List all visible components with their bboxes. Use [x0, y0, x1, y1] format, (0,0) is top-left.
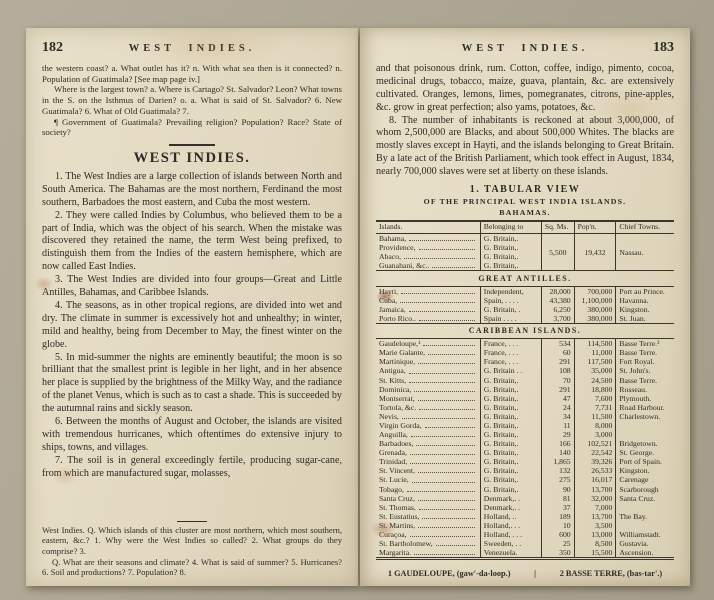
belonging-cell: France, . . . [480, 348, 541, 357]
islands-table: Islands. Belonging to Sq. Ms. Pop'n. Chi… [376, 220, 674, 560]
town-cell: Santa Cruz. [616, 494, 674, 503]
section-header-great-antilles: GREAT ANTILLES. [376, 271, 674, 286]
footnote-area: West Indies. Q. Which islands of this cl… [42, 517, 342, 578]
popn-cell: 1,100,000 [574, 296, 616, 305]
belonging-cell: G. Britain,. [480, 430, 541, 439]
popn-cell: 11,000 [574, 348, 616, 357]
popn-cell: 13,700 [574, 485, 616, 494]
island-name: Montserrat, [379, 394, 415, 403]
belonging-cell: G. Britain,. [480, 403, 541, 412]
sqms-cell: 37 [541, 503, 574, 512]
popn-cell: 8,000 [574, 421, 616, 430]
section-title: WEST INDIES. [42, 150, 342, 167]
belonging-cell: G. Britain,. [480, 385, 541, 394]
page-number: 182 [42, 40, 86, 56]
table-row: Gaudeloupe,¹ France, . . . 534 114,500 B… [376, 339, 674, 349]
belonging-cell: G. Britain . . [480, 366, 541, 375]
island-name: St. Kitts, [379, 376, 406, 385]
table-row: St. Thomas, Denmark,. . 37 7,000 [376, 503, 674, 512]
popn-cell: 114,500 [574, 339, 616, 349]
belonging-cell: G. Britain,. [480, 439, 541, 448]
question-paragraph: Where is the largest town? a. Where is C… [42, 84, 342, 116]
sqms-cell: 11 [541, 421, 574, 430]
island-name: St. Thomas, [379, 503, 416, 512]
town-cell: Rosseau. [616, 385, 674, 394]
book-spread: 182 WEST INDIES. the western coast? a. W… [0, 0, 714, 600]
town-cell [616, 430, 674, 439]
belonging-cell: France, . . . [480, 357, 541, 366]
island-name: Grenada, [379, 448, 407, 457]
table-row: St. Eustatius, Holland, .. 189 13,700 Th… [376, 512, 674, 521]
popn-cell: 7,731 [574, 403, 616, 412]
popn-cell: 380,000 [574, 314, 616, 324]
dot-leader [409, 240, 475, 241]
dot-leader [402, 418, 475, 419]
popn-cell: 380,000 [574, 305, 616, 314]
popn-cell: 102,521 [574, 439, 616, 448]
island-name: Gaudeloupe,¹ [379, 339, 420, 348]
island-name: Curaçoa, [379, 530, 407, 539]
question-paragraph: ¶ Government of Guatimala? Prevailing re… [42, 117, 342, 138]
island-name: St. Martins, [379, 521, 415, 530]
island-name: Anguilla, [379, 430, 408, 439]
belonging-cell: G. Britain, . [480, 305, 541, 314]
page-number: 183 [630, 40, 674, 56]
footnote-paragraph: Q. What are their seasons and climate? 4… [42, 557, 342, 578]
dot-leader [425, 427, 475, 428]
dot-leader [432, 267, 474, 268]
body-paragraph: 2. They were called Indies by Columbus, … [42, 210, 342, 274]
table-row: Barbadoes, G. Britain,. 166 102,521 Brid… [376, 439, 674, 448]
column-header-islands: Islands. [376, 221, 480, 233]
island-name: Tortola, &c. [379, 403, 416, 412]
town-cell: Carenage [616, 475, 674, 484]
body-paragraph: 8. The number of inhabitants is reckoned… [376, 115, 674, 179]
popn-cell: 8,500 [574, 539, 616, 548]
dot-leader [411, 436, 475, 437]
belonging-cell: G. Britain,. [480, 448, 541, 457]
body-paragraph: 4. The seasons, as in other tropical reg… [42, 300, 342, 352]
sqms-cell: 291 [541, 385, 574, 394]
popn-cell: 13,000 [574, 530, 616, 539]
town-cell: Port of Spain. [616, 457, 674, 466]
dot-leader [409, 311, 475, 312]
sqms-cell: 47 [541, 394, 574, 403]
town-cell: Bridgetown. [616, 439, 674, 448]
table-row: Curaçoa, Holland, . . . 600 13,000 Willi… [376, 530, 674, 539]
belonging-cell: Denmark,. . [480, 494, 541, 503]
island-name: Nevis, [379, 412, 399, 421]
great-antilles-section: Hayti, Independent, 28,000 700,000 Port … [376, 286, 674, 323]
belonging-cell: G. Britain,. [480, 475, 541, 484]
dot-leader [401, 293, 475, 294]
body-paragraph: 3. The West Indies are divided into four… [42, 274, 342, 300]
table-row: Virgin Gorda, G. Britain,. 11 8,000 [376, 421, 674, 430]
footnote-divider [177, 521, 207, 522]
body-text: and that poisonous drink, rum. Cotton, c… [376, 63, 674, 179]
dot-leader [407, 491, 475, 492]
page-header: WEST INDIES. 183 [376, 40, 674, 56]
dot-leader [418, 527, 475, 528]
section-divider [169, 144, 215, 146]
table-footnotes: 1 GAUDELOUPE, (gaw'-da-loop.) | 2 BASSE … [376, 565, 674, 578]
table-section-bahamas-label: BAHAMAS. [376, 208, 674, 217]
island-name: St. Lucie, [379, 475, 409, 484]
sqms-cell: 1,865 [541, 457, 574, 466]
belonging-cell: G. Britain,. [480, 412, 541, 421]
dot-leader [414, 554, 475, 555]
belonging-cell: Denmark,. . [480, 503, 541, 512]
popn-cell: 39,326 [574, 457, 616, 466]
running-head: WEST INDIES. [420, 43, 630, 54]
body-text: 1. The West Indies are a large collectio… [42, 171, 342, 480]
town-cell: Plymouth. [616, 394, 674, 403]
sqms-cell: 140 [541, 448, 574, 457]
belonging-cell: Independent, [480, 286, 541, 296]
body-paragraph: 1. The West Indies are a large collectio… [42, 171, 342, 210]
town-cell: Gustavia. [616, 539, 674, 548]
belonging-cell: Spain . . . . [480, 314, 541, 324]
table-title: 1. TABULAR VIEW [376, 184, 674, 195]
town-cell: Charlestown. [616, 412, 674, 421]
dot-leader [419, 409, 475, 410]
dot-leader [412, 482, 475, 483]
table-row: Grenada, G. Britain,. 140 22,542 St. Geo… [376, 448, 674, 457]
belonging-cell: G. Britain,. [480, 485, 541, 494]
dot-leader [409, 373, 475, 374]
island-name: Santa Cruz, [379, 494, 415, 503]
table-row: Martinique, France, . . . 291 117,500 Fo… [376, 357, 674, 366]
running-head: WEST INDIES. [86, 43, 298, 54]
sqms-cell: 28,000 [541, 286, 574, 296]
belonging-cell: G. Britain,. [480, 243, 541, 252]
sqms-cell: 34 [541, 412, 574, 421]
footnote-block: West Indies. Q. Which islands of this cl… [42, 525, 342, 578]
belonging-cell: France, . . . [480, 339, 541, 349]
body-paragraph: 5. In mid-summer the nights are eminentl… [42, 352, 342, 416]
popn-cell: 117,500 [574, 357, 616, 366]
dot-leader [436, 545, 475, 546]
belonging-cell: G. Britain,. [480, 252, 541, 261]
question-block: the western coast? a. What outlet has it… [42, 63, 342, 138]
popn-cell: 7,000 [574, 503, 616, 512]
table-row: St. Kitts, G. Britain,. 70 24,500 Basse … [376, 376, 674, 385]
table-row: Cuba, Spain, . . . . 43,380 1,100,000 Ha… [376, 296, 674, 305]
table-row: Anguilla, G. Britain,. 29 3,000 [376, 430, 674, 439]
question-paragraph: the western coast? a. What outlet has it… [42, 63, 342, 84]
sqms-cell: 108 [541, 366, 574, 375]
sqms-cell: 275 [541, 475, 574, 484]
belonging-cell: Sweeden, . . [480, 539, 541, 548]
town-cell: Basse Terre. [616, 376, 674, 385]
dot-leader [410, 463, 475, 464]
table-row: Nevis, G. Britain,. 34 11,500 Charlestow… [376, 412, 674, 421]
island-name: Porto Rico.. [379, 314, 416, 323]
popn-cell: 13,700 [574, 512, 616, 521]
belonging-cell: G. Britain,. [480, 261, 541, 271]
sqms-cell: 600 [541, 530, 574, 539]
table-row: Hayti, Independent, 28,000 700,000 Port … [376, 286, 674, 296]
town-cell: Havanna. [616, 296, 674, 305]
town-cell: Ascension. [616, 548, 674, 559]
island-name: St. Bartholomew, [379, 539, 433, 548]
dot-leader [414, 391, 475, 392]
footnote-separator: | [534, 569, 536, 578]
belonging-cell: G. Britain,. [480, 376, 541, 385]
popn-cell: 26,533 [574, 466, 616, 475]
table-header-row: Islands. Belonging to Sq. Ms. Pop'n. Chi… [376, 221, 674, 233]
town-cell: St. George. [616, 448, 674, 457]
popn-cell: 3,500 [574, 521, 616, 530]
body-paragraph: 6. Between the months of August and Octo… [42, 416, 342, 455]
island-name: Abaco, [379, 252, 401, 261]
popn-cell: 22,542 [574, 448, 616, 457]
sqms-cell: 90 [541, 485, 574, 494]
island-name: Providence, [379, 243, 416, 252]
island-name: St. Eustatius, [379, 512, 419, 521]
town-cell: Fort Royal. [616, 357, 674, 366]
belonging-cell: G. Britain,. [480, 233, 541, 243]
town-cell: Basse Terre.² [616, 339, 674, 349]
sqms-cell: 5,500 [541, 233, 574, 270]
section-header-caribbean-islands: CARIBBEAN ISLANDS. [376, 323, 674, 338]
sqms-cell: 43,380 [541, 296, 574, 305]
dot-leader [419, 249, 475, 250]
table-row: St. Bartholomew, Sweeden, . . 25 8,500 G… [376, 539, 674, 548]
dot-leader [419, 509, 475, 510]
sqms-cell: 70 [541, 376, 574, 385]
sqms-cell: 189 [541, 512, 574, 521]
island-name: Tobago, [379, 485, 404, 494]
dot-leader [418, 500, 475, 501]
dot-leader [418, 472, 475, 473]
popn-cell: 35,000 [574, 366, 616, 375]
town-cell: Nassau. [616, 233, 674, 270]
popn-cell: 18,800 [574, 385, 616, 394]
table-subtitle: OF THE PRINCIPAL WEST INDIA ISLANDS. [376, 197, 674, 206]
sqms-cell: 60 [541, 348, 574, 357]
page-183: WEST INDIES. 183 and that poisonous drin… [360, 28, 690, 586]
table-row: Montserrat, G. Britain,. 47 7,600 Plymou… [376, 394, 674, 403]
table-row: St. Vincent, G. Britain,. 132 26,533 Kin… [376, 466, 674, 475]
town-cell: Kingston. [616, 466, 674, 475]
table-row: Tobago, G. Britain,. 90 13,700 Scarborou… [376, 485, 674, 494]
sqms-cell: 350 [541, 548, 574, 559]
table-row: Porto Rico.. Spain . . . . 3,700 380,000… [376, 314, 674, 324]
island-name: Guanahani, &c.. [379, 261, 429, 270]
sqms-cell: 534 [541, 339, 574, 349]
sqms-cell: 81 [541, 494, 574, 503]
dot-leader [410, 454, 475, 455]
sqms-cell: 132 [541, 466, 574, 475]
footnote-gaudeloupe: 1 GAUDELOUPE, (gaw'-da-loop.) [388, 569, 511, 578]
popn-cell: 19,432 [574, 233, 616, 270]
belonging-cell: G. Britain,. [480, 466, 541, 475]
island-name: Dominica, [379, 385, 411, 394]
column-header-popn: Pop'n. [574, 221, 616, 233]
dot-leader [416, 445, 474, 446]
island-name: Martinique, [379, 357, 415, 366]
island-name: Barbadoes, [379, 439, 413, 448]
page-header: 182 WEST INDIES. [42, 40, 342, 56]
popn-cell: 700,000 [574, 286, 616, 296]
caribbean-section: Gaudeloupe,¹ France, . . . 534 114,500 B… [376, 339, 674, 559]
dot-leader [410, 536, 475, 537]
dot-leader [404, 258, 475, 259]
popn-cell: 24,500 [574, 376, 616, 385]
footnote-basse-terre: 2 BASSE TERRE, (bas-tar'.) [560, 569, 662, 578]
popn-cell: 11,500 [574, 412, 616, 421]
body-paragraph: and that poisonous drink, rum. Cotton, c… [376, 63, 674, 115]
table-row: Trinidad, G. Britain,. 1,865 39,326 Port… [376, 457, 674, 466]
sqms-cell: 3,700 [541, 314, 574, 324]
table-row: Antigua, G. Britain . . 108 35,000 St. J… [376, 366, 674, 375]
town-cell: Port au Prince. [616, 286, 674, 296]
body-paragraph: 7. The soil is in general exceedingly fe… [42, 455, 342, 481]
popn-cell: 7,600 [574, 394, 616, 403]
popn-cell: 16,017 [574, 475, 616, 484]
island-name: Bahama, [379, 234, 406, 243]
town-cell [616, 421, 674, 430]
column-header-belonging: Belonging to [480, 221, 541, 233]
belonging-cell: Holland, . . . [480, 530, 541, 539]
town-cell: St. Juan. [616, 314, 674, 324]
table-row: Tortola, &c. G. Britain,. 24 7,731 Road … [376, 403, 674, 412]
table-row: Marie Galante, France, . . . 60 11,000 B… [376, 348, 674, 357]
sqms-cell: 6,250 [541, 305, 574, 314]
island-name: St. Vincent, [379, 466, 415, 475]
popn-cell: 32,000 [574, 494, 616, 503]
page-182: 182 WEST INDIES. the western coast? a. W… [26, 28, 358, 586]
town-cell: Kingston. [616, 305, 674, 314]
table-row: Margarita. Venezuela. 350 15,500 Ascensi… [376, 548, 674, 559]
column-header-sqms: Sq. Ms. [541, 221, 574, 233]
town-cell: St. John's. [616, 366, 674, 375]
town-cell: Williamstadt. [616, 530, 674, 539]
town-cell: The Bay. [616, 512, 674, 521]
dot-leader [428, 354, 475, 355]
sqms-cell: 10 [541, 521, 574, 530]
town-cell: Scarborough [616, 485, 674, 494]
island-name: Trinidad, [379, 457, 407, 466]
dot-leader [409, 382, 475, 383]
sqms-cell: 291 [541, 357, 574, 366]
island-name: Marie Galante, [379, 348, 425, 357]
dot-leader [400, 302, 475, 303]
sqms-cell: 25 [541, 539, 574, 548]
table-row: Bahama, G. Britain,. 5,500 19,432 Nassau… [376, 233, 674, 243]
belonging-cell: Spain, . . . . [480, 296, 541, 305]
island-name: Margarita. [379, 548, 411, 557]
island-name: Cuba, [379, 296, 397, 305]
table-row: Santa Cruz, Denmark,. . 81 32,000 Santa … [376, 494, 674, 503]
belonging-cell: G. Britain,. [480, 457, 541, 466]
bahamas-section: Bahama, G. Britain,. 5,500 19,432 Nassau… [376, 233, 674, 270]
dot-leader [419, 320, 475, 321]
sqms-cell: 29 [541, 430, 574, 439]
footnote-paragraph: West Indies. Q. Which islands of this cl… [42, 525, 342, 557]
town-cell [616, 521, 674, 530]
island-name: Jamaica, [379, 305, 406, 314]
dot-leader [418, 400, 475, 401]
town-cell: Road Harbour. [616, 403, 674, 412]
island-name: Antigua, [379, 366, 406, 375]
popn-cell: 3,000 [574, 430, 616, 439]
column-header-towns: Chief Towns. [616, 221, 674, 233]
dot-leader [423, 345, 474, 346]
sqms-cell: 166 [541, 439, 574, 448]
dot-leader [418, 363, 475, 364]
table-row: St. Lucie, G. Britain,. 275 16,017 Caren… [376, 475, 674, 484]
belonging-cell: G. Britain,. [480, 421, 541, 430]
dot-leader [422, 518, 474, 519]
belonging-cell: G. Britain,. [480, 394, 541, 403]
belonging-cell: Holland,. . . [480, 521, 541, 530]
table-row: Dominica, G. Britain,. 291 18,800 Rossea… [376, 385, 674, 394]
popn-cell: 15,500 [574, 548, 616, 559]
town-cell [616, 503, 674, 512]
table-row: Jamaica, G. Britain, . 6,250 380,000 Kin… [376, 305, 674, 314]
table-row: St. Martins, Holland,. . . 10 3,500 [376, 521, 674, 530]
belonging-cell: Venezuela. [480, 548, 541, 559]
town-cell: Basse Terre. [616, 348, 674, 357]
belonging-cell: Holland, .. [480, 512, 541, 521]
sqms-cell: 24 [541, 403, 574, 412]
island-name: Hayti, [379, 287, 398, 296]
island-name: Virgin Gorda, [379, 421, 422, 430]
